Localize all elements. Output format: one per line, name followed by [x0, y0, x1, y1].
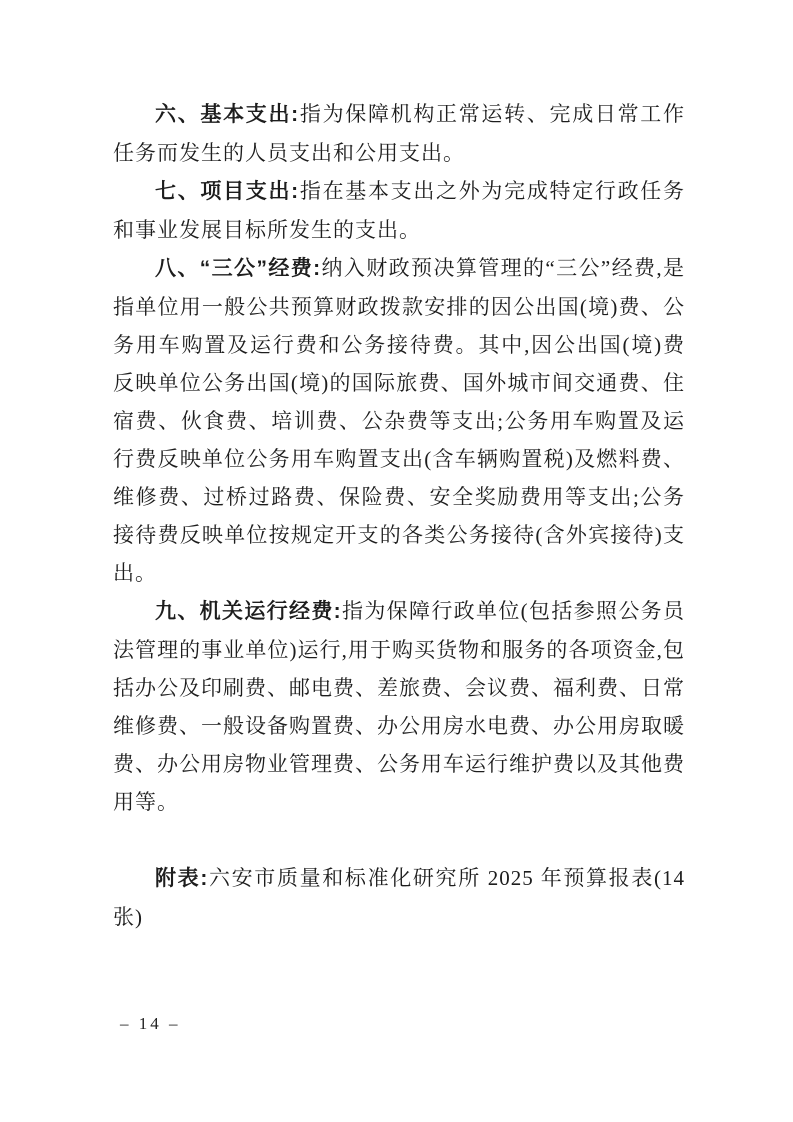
- document-content: 六、基本支出:指为保障机构正常运转、完成日常工作任务而发生的人员支出和公用支出。…: [113, 95, 685, 936]
- document-page: 六、基本支出:指为保障机构正常运转、完成日常工作任务而发生的人员支出和公用支出。…: [0, 0, 793, 1122]
- paragraph-three-public-funds: 八、“三公”经费:纳入财政预决算管理的“三公”经费,是指单位用一般公共预算财政拨…: [113, 249, 685, 592]
- section-body-agency-operating-funds: 指为保障行政单位(包括参照公务员法管理的事业单位)运行,用于购买货物和服务的各项…: [113, 599, 685, 814]
- section-body-three-public-funds: 纳入财政预决算管理的“三公”经费,是指单位用一般公共预算财政拨款安排的因公出国(…: [113, 256, 685, 585]
- paragraph-basic-expenditure: 六、基本支出:指为保障机构正常运转、完成日常工作任务而发生的人员支出和公用支出。: [113, 95, 685, 172]
- paragraph-agency-operating-funds: 九、机关运行经费:指为保障行政单位(包括参照公务员法管理的事业单位)运行,用于购…: [113, 592, 685, 821]
- section-heading-project-expenditure: 七、项目支出:: [155, 180, 299, 203]
- section-heading-basic-expenditure: 六、基本支出:: [155, 103, 299, 126]
- section-heading-attachment-note: 附表:: [155, 867, 208, 890]
- paragraph-project-expenditure: 七、项目支出:指在基本支出之外为完成特定行政任务和事业发展目标所发生的支出。: [113, 172, 685, 249]
- section-heading-three-public-funds: 八、“三公”经费:: [155, 257, 321, 280]
- page-number: – 14 –: [120, 1012, 181, 1036]
- section-heading-agency-operating-funds: 九、机关运行经费:: [155, 600, 342, 623]
- paragraph-attachment-note: 附表:六安市质量和标准化研究所 2025 年预算报表(14张): [113, 859, 685, 936]
